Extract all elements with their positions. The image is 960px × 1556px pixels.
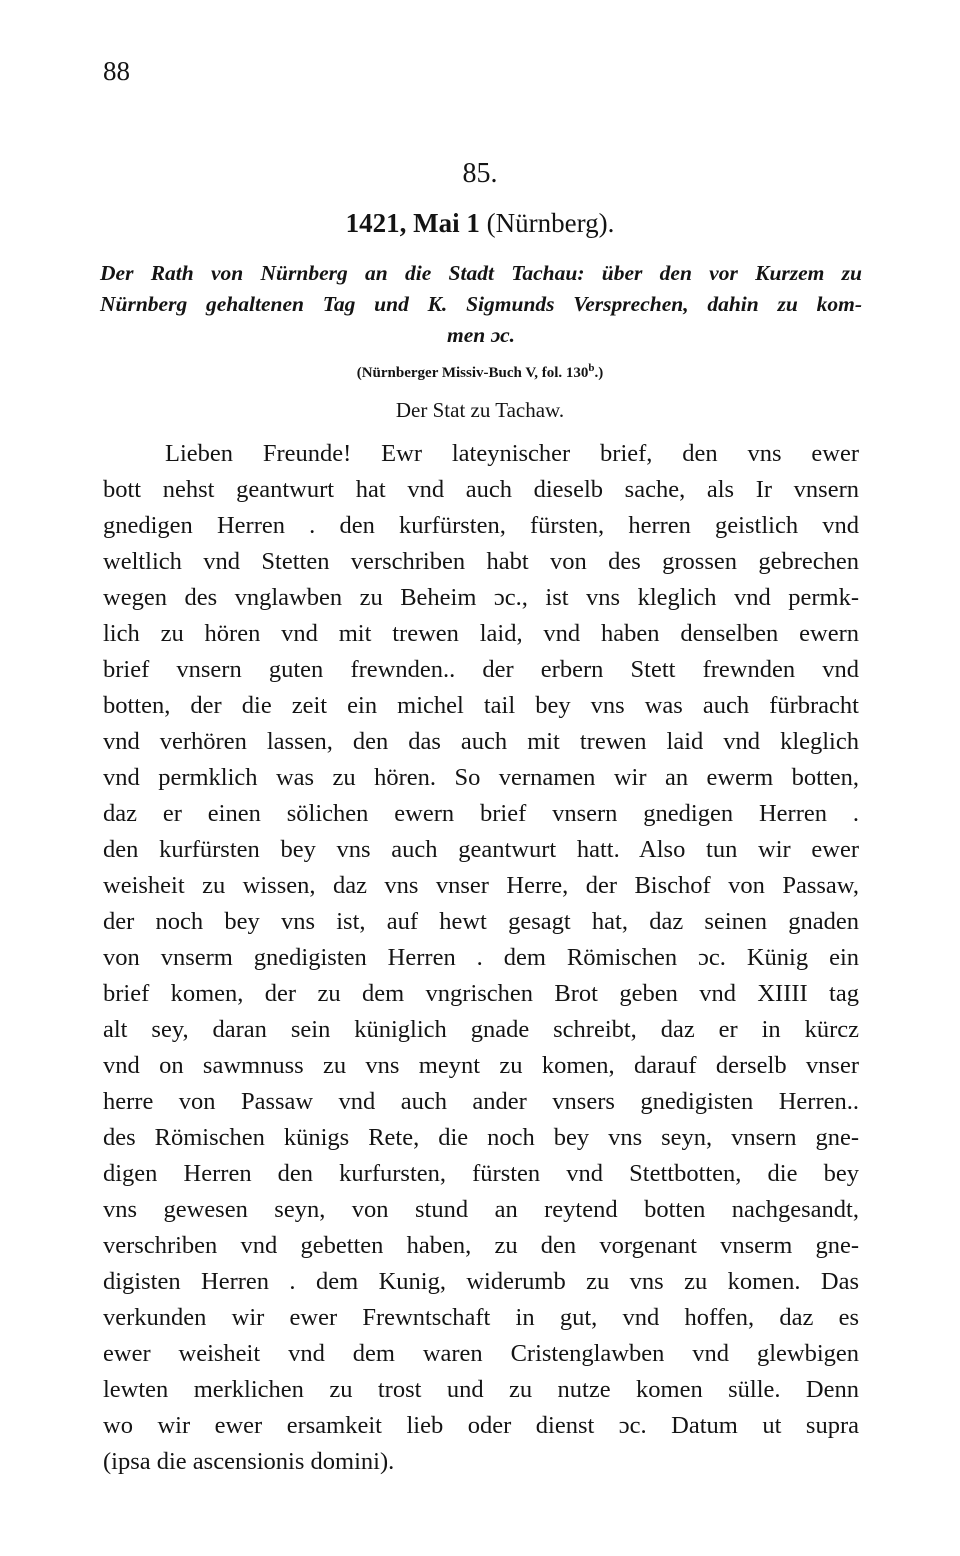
body-line: wegen des vnglawben zu Beheim ɔc., ist v…: [103, 580, 859, 616]
summary-line: Der Rath von Nürnberg an die Stadt Tacha…: [100, 258, 862, 289]
source-closing: .): [595, 365, 604, 381]
body-line: ewer weisheit vnd dem waren Cristenglawb…: [103, 1336, 859, 1372]
source-citation: (Nürnberger Missiv-Buch V, fol. 130b.): [0, 362, 960, 382]
body-line: wo wir ewer ersamkeit lieb oder dienst ɔ…: [103, 1408, 859, 1444]
body-line: der noch bey vns ist, auf hewt gesagt ha…: [103, 904, 859, 940]
body-line: verschriben vnd gebetten haben, zu den v…: [103, 1228, 859, 1264]
summary-line: men ɔc.: [100, 320, 862, 351]
body-line: brief komen, der zu dem vngrischen Brot …: [103, 976, 859, 1012]
body-line: lewten merklichen zu trost und zu nutze …: [103, 1372, 859, 1408]
body-line: verkunden wir ewer Frewntschaft in gut, …: [103, 1300, 859, 1336]
letter-body: Lieben Freunde! Ewr lateynischer brief, …: [103, 436, 859, 1480]
body-line: vnd permklich was zu hören. So vernamen …: [103, 760, 859, 796]
body-line: daz er einen sölichen ewern brief vnsern…: [103, 796, 859, 832]
body-line: herre von Passaw vnd auch ander vnsers g…: [103, 1084, 859, 1120]
body-line: alt sey, daran sein küniglich gnade schr…: [103, 1012, 859, 1048]
summary-line: Nürnberg gehaltenen Tag und K. Sigmunds …: [100, 289, 862, 320]
page-number: 88: [103, 56, 130, 87]
body-line: vnd on sawmnuss zu vns meynt zu komen, d…: [103, 1048, 859, 1084]
document-summary: Der Rath von Nürnberg an die Stadt Tacha…: [100, 258, 862, 351]
body-line: bott nehst geantwurt hat vnd auch diesel…: [103, 472, 859, 508]
body-line: von vnserm gnedigisten Herren . dem Römi…: [103, 940, 859, 976]
body-line: digen Herren den kurfursten, fürsten vnd…: [103, 1156, 859, 1192]
body-line: gnedigen Herren . den kurfürsten, fürste…: [103, 508, 859, 544]
body-line: digisten Herren . dem Kunig, widerumb zu…: [103, 1264, 859, 1300]
body-line: den kurfürsten bey vns auch geantwurt ha…: [103, 832, 859, 868]
document-place: (Nürnberg).: [487, 208, 615, 238]
body-line: botten, der die zeit ein michel tail bey…: [103, 688, 859, 724]
source-text: (Nürnberger Missiv-Buch V, fol. 130: [357, 365, 589, 381]
document-date-heading: 1421, Mai 1 (Nürnberg).: [0, 208, 960, 239]
body-line: des Römischen künigs Rete, die noch bey …: [103, 1120, 859, 1156]
body-line: Lieben Freunde! Ewr lateynischer brief, …: [103, 436, 859, 472]
body-line: lich zu hören vnd mit trewen laid, vnd h…: [103, 616, 859, 652]
body-line: weltlich vnd Stetten verschriben habt vo…: [103, 544, 859, 580]
document-number: 85.: [0, 158, 960, 190]
addressee: Der Stat zu Tachaw.: [0, 398, 960, 423]
body-line: brief vnsern guten frewnden.. der erbern…: [103, 652, 859, 688]
body-line: (ipsa die ascensionis domini).: [103, 1444, 859, 1480]
document-date: 1421, Mai 1: [346, 208, 480, 238]
body-line: vnd verhören lassen, den das auch mit tr…: [103, 724, 859, 760]
body-line: weisheit zu wissen, daz vns vnser Herre,…: [103, 868, 859, 904]
body-line: vns gewesen seyn, von stund an reytend b…: [103, 1192, 859, 1228]
